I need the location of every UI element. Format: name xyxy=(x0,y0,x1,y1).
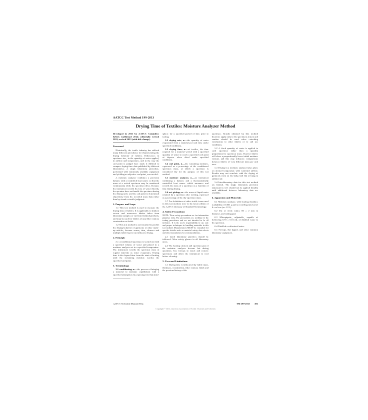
paragraph-5-2: 5.2 A fixed quantity of water is applied… xyxy=(212,147,258,166)
section-3-heading: 3. Terminology xyxy=(113,264,159,267)
canvas: AATCC Test Method 199-2013 Drying Time o… xyxy=(0,0,368,420)
method-number-header: AATCC Test Method 199-2013 xyxy=(113,116,258,121)
column-3: specimen. Results obtained by this metho… xyxy=(212,133,258,279)
paragraph-2-1: 2.1 A conditioned specimen is wetted out… xyxy=(113,240,159,261)
footer-right-group: TM 199-2013 381 xyxy=(237,302,258,305)
definition-3-1-continued: sphere for a specified period of time pr… xyxy=(162,133,208,138)
page-title: Drying Time of Textiles: Moisture Analyz… xyxy=(113,124,258,129)
paragraph-6-1: 6.1 Moisture analyzer, with heating cham… xyxy=(212,200,258,208)
method-number-footer: TM 199-2013 xyxy=(237,302,250,305)
section-1-heading: 1. Purpose and Scope xyxy=(113,203,159,206)
column-2: sphere for a specified period of time pr… xyxy=(162,133,208,279)
paragraph-6-4: 6.4 Distilled or deionized water. xyxy=(212,225,258,228)
foreword-paragraph: Historically, the textile industry has u… xyxy=(113,149,159,176)
foreword-heading: Foreword xyxy=(113,145,159,148)
definition-3-5: 3.5 moisture analyzer, n.—an instrument … xyxy=(162,177,208,190)
section-5-heading: 5. Uses and Limitations xyxy=(162,260,208,263)
paragraph-1-1: 1.1 This test method is used to measure … xyxy=(113,207,159,223)
paragraph-6-5: 6.5 Forceps, flat tipped, and other comm… xyxy=(212,228,258,233)
section-6-heading: 6. Apparatus and Materials xyxy=(212,197,258,200)
paragraph-4-1: 4.1 Good laboratory practices should be … xyxy=(162,235,208,243)
section-4-heading: 4. Safety Precautions xyxy=(162,210,208,213)
definition-text: the remaining moisture, expressed as a p… xyxy=(162,162,208,175)
paragraph-6-3: 6.3 Micropipette, adjustable, capable of… xyxy=(212,216,258,224)
definition-text: of textiles, the time required for a mat… xyxy=(162,148,208,161)
paragraph-5-4: 5.4 Interlaboratory data for this test m… xyxy=(212,181,258,194)
text-columns: Developed in 2011 by AATCC Committee RA6… xyxy=(113,133,258,279)
paragraph-5-3: 5.3 Drying in a moisture analyzer takes … xyxy=(212,167,258,180)
column-1: Developed in 2011 by AATCC Committee RA6… xyxy=(113,133,159,279)
section-2-heading: 2. Principle xyxy=(113,237,159,240)
paragraph-5-1-continued: specimen. Results obtained by this metho… xyxy=(212,133,258,146)
paragraph-4-2: 4.2 The heating element and specimen pan… xyxy=(162,244,208,257)
paragraph-1-2: 1.2 This test method is not intended to … xyxy=(113,224,159,235)
development-history: Developed in 2011 by AATCC Committee RA6… xyxy=(113,133,159,143)
foreword-paragraph: A moisture analyzer combines a precision… xyxy=(113,176,159,200)
definition-3-2: 3.2 drying rate, n.—the quantity of wate… xyxy=(162,139,208,147)
definition-3-4: 3.4 end point, n.—the remaining moisture… xyxy=(162,162,208,175)
paragraph-3-7: 3.7 For definitions of other textile ter… xyxy=(162,200,208,208)
definition-3-3: 3.3 drying time, n.—of textiles, the tim… xyxy=(162,148,208,161)
definition-text: an instrument combining a balance and a … xyxy=(162,177,208,190)
paragraph-6-2: 6.2 Die or circle cutter, 80 ± 2 mm in d… xyxy=(212,209,258,214)
page-number: 381 xyxy=(254,302,257,305)
page-footer: AATCC Technical Manual/2014 TM 199-2013 … xyxy=(113,302,258,305)
copyright-line: Copyright © 2013 American Association of… xyxy=(109,308,262,310)
manual-edition-label: AATCC Technical Manual/2014 xyxy=(113,302,143,305)
definition-3-6: 3.6 wet pickup, n.—the mass of liquid wa… xyxy=(162,191,208,199)
document-page-inner: AATCC Test Method 199-2013 Drying Time o… xyxy=(109,112,262,315)
safety-note: NOTE: These safety precautions are for i… xyxy=(162,214,208,234)
paragraph-5-1: 5.1 Drying time is influenced by fabric … xyxy=(162,264,208,272)
definition-3-1: 3.1 conditioning, n.—the process of brin… xyxy=(113,268,159,276)
document-page: AATCC Test Method 199-2013 Drying Time o… xyxy=(109,112,262,315)
